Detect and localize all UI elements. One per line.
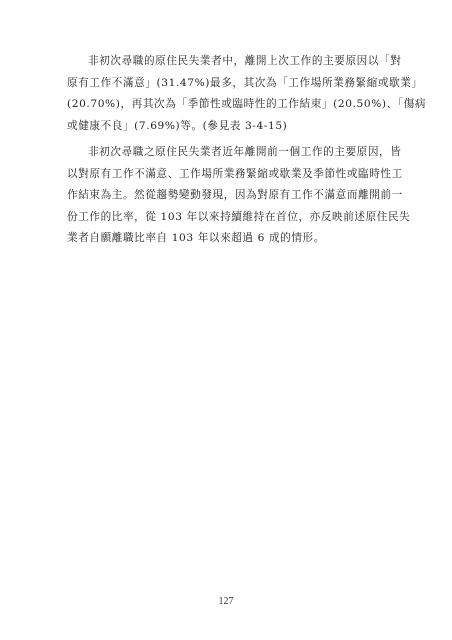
- paragraph-line: 非初次尋職之原住民失業者近年離開前一個工作的主要原因，皆: [67, 142, 395, 164]
- paragraph-line: 作結束為主。然從趨勢變動發現，因為對原有工作不滿意而離開前一: [67, 185, 395, 207]
- paragraph-1: 非初次尋職的原住民失業者中，離開上次工作的主要原因以「對 原有工作不滿意」(31…: [67, 51, 395, 137]
- paragraph-line: 原有工作不滿意」(31.47%)最多，其次為「工作場所業務緊縮或歇業」: [67, 73, 395, 95]
- paragraph-line: (20.70%)，再其次為「季節性或臨時性的工作結束」(20.50%)、「傷病: [67, 94, 395, 116]
- paragraph-line: 非初次尋職的原住民失業者中，離開上次工作的主要原因以「對: [67, 51, 395, 73]
- paragraph-line: 以對原有工作不滿意、工作場所業務緊縮或歇業及季節性或臨時性工: [67, 164, 395, 186]
- paragraph-line: 份工作的比率，從 103 年以來持續維持在首位，亦反映前述原住民失: [67, 207, 395, 229]
- paragraph-line: 或健康不良」(7.69%)等。(參見表 3-4-15): [67, 116, 395, 138]
- document-page: 非初次尋職的原住民失業者中，離開上次工作的主要原因以「對 原有工作不滿意」(31…: [0, 0, 452, 640]
- paragraph-line: 業者自願離職比率自 103 年以來超過 6 成的情形。: [67, 228, 395, 250]
- paragraph-2: 非初次尋職之原住民失業者近年離開前一個工作的主要原因，皆 以對原有工作不滿意、工…: [67, 142, 395, 250]
- page-number: 127: [0, 596, 452, 607]
